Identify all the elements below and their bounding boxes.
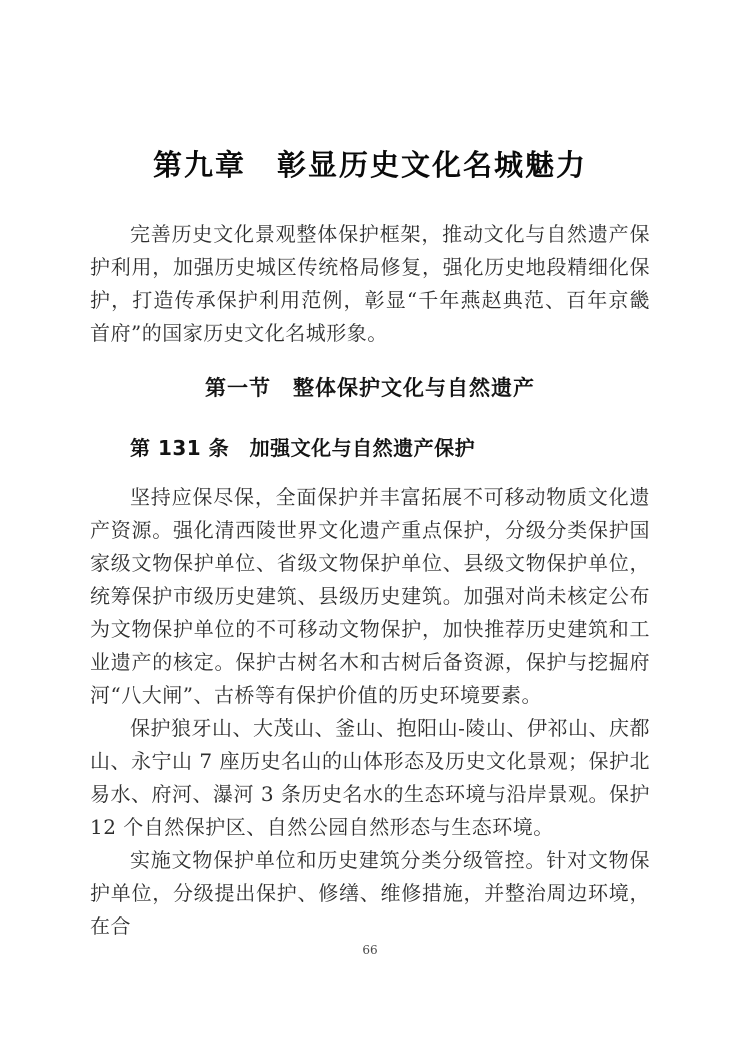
intro-paragraph: 完善历史文化景观整体保护框架，推动文化与自然遗产保护利用，加强历史城区传统格局修… [90,218,650,350]
chapter-title: 第九章 彰显历史文化名城魅力 [90,148,650,182]
section-title: 第一节 整体保护文化与自然遗产 [90,372,650,405]
page-number: 66 [0,942,740,958]
document-page: 第九章 彰显历史文化名城魅力 完善历史文化景观整体保护框架，推动文化与自然遗产保… [0,0,740,1047]
article-title: 第 131 条 加强文化与自然遗产保护 [90,432,650,465]
body-paragraph-1: 坚持应保尽保，全面保护并丰富拓展不可移动物质文化遗产资源。强化清西陵世界文化遗产… [90,481,650,712]
body-paragraph-2: 保护狼牙山、大茂山、釜山、抱阳山-陵山、伊祁山、庆都山、永宁山 7 座历史名山的… [90,712,650,844]
body-paragraph-3: 实施文物保护单位和历史建筑分类分级管控。针对文物保护单位，分级提出保护、修缮、维… [90,844,650,943]
